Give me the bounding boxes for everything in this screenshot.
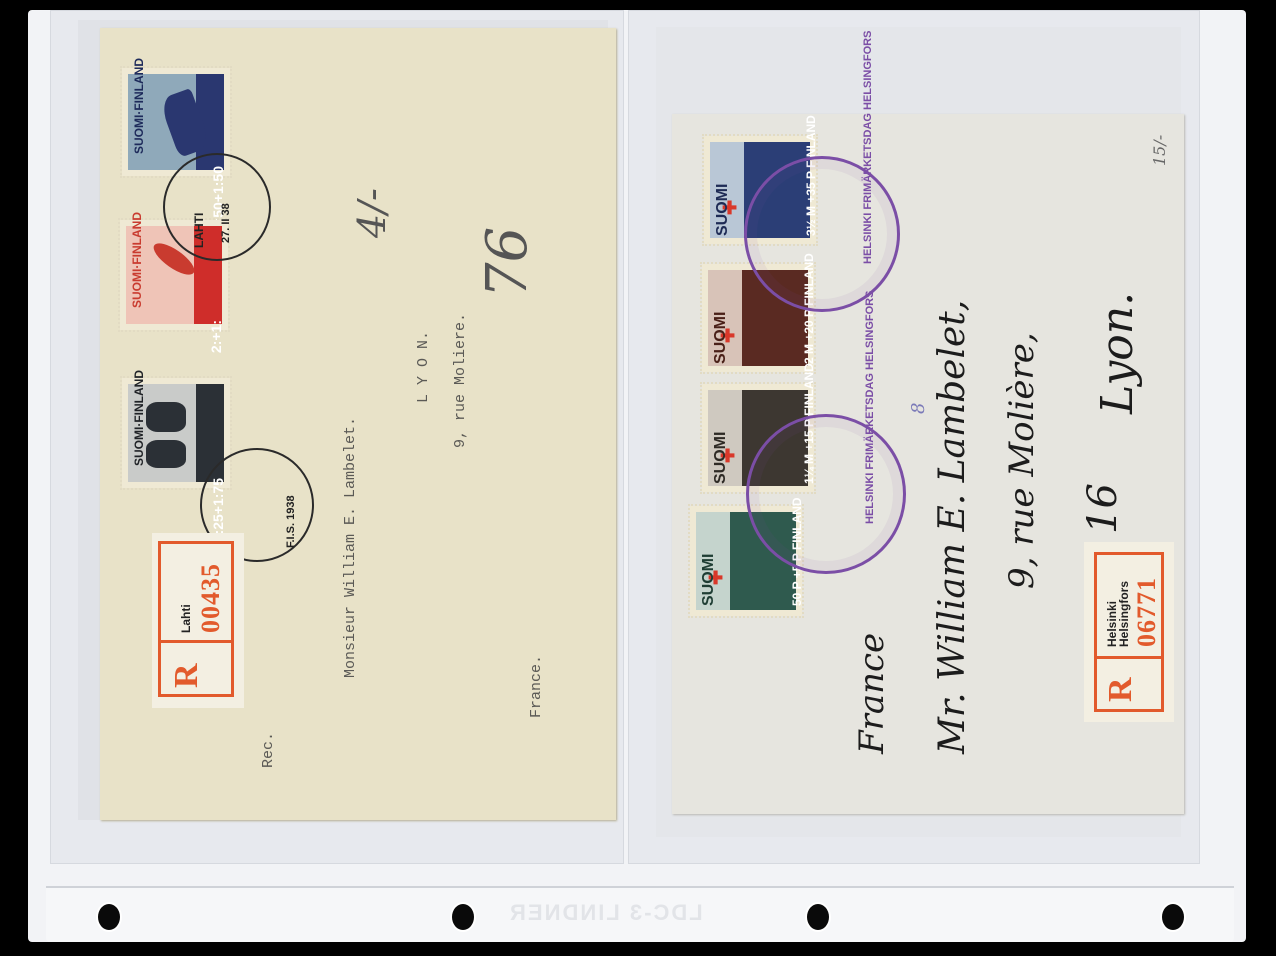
address-line3: Lyon. <box>1092 292 1143 414</box>
pencil-note-price: 4/- <box>350 188 394 238</box>
address-country: France. <box>528 655 545 718</box>
cancel-frimarketsdag-bottom <box>746 414 906 574</box>
pencil-note-price: 15/- <box>1150 135 1169 166</box>
registration-label-lahti: R Lahti 00435 <box>152 533 244 708</box>
binder-hole <box>450 902 476 932</box>
address-rec: Rec. <box>260 732 277 768</box>
address-line2: L Y O N. <box>415 331 432 403</box>
pencil-note-small: 8 <box>908 403 929 414</box>
registration-label-helsinki: R Helsinki Helsingfors 06771 <box>1084 542 1174 722</box>
binder-hole <box>1160 902 1186 932</box>
address-line1: Mr. William E. Lambelet, <box>932 300 973 754</box>
binder-hole <box>96 902 122 932</box>
pencil-note-number: 76 <box>475 227 540 298</box>
address-line2: 9, rue Molière, <box>1002 332 1042 589</box>
postmark-lahti-top <box>163 153 271 261</box>
address-line3: 9, rue Moliere. <box>452 313 469 448</box>
cancel-frimarketsdag-top <box>744 156 900 312</box>
address-line1: Monsieur William E. Lambelet. <box>342 417 359 678</box>
left-envelope: SUOMI·FINLAND 3:50+1:50 SUOMI·FINLAND 2:… <box>100 28 616 820</box>
right-envelope: ✚ SUOMI 3½ M +35 P FINLAND ✚ SUOMI 2 M +… <box>672 114 1184 814</box>
address-country: France <box>852 633 892 754</box>
binder-hole <box>805 902 831 932</box>
sleeve-brand: LDC-3 LINDNER <box>508 900 703 926</box>
address-note: 16 <box>1080 483 1126 534</box>
